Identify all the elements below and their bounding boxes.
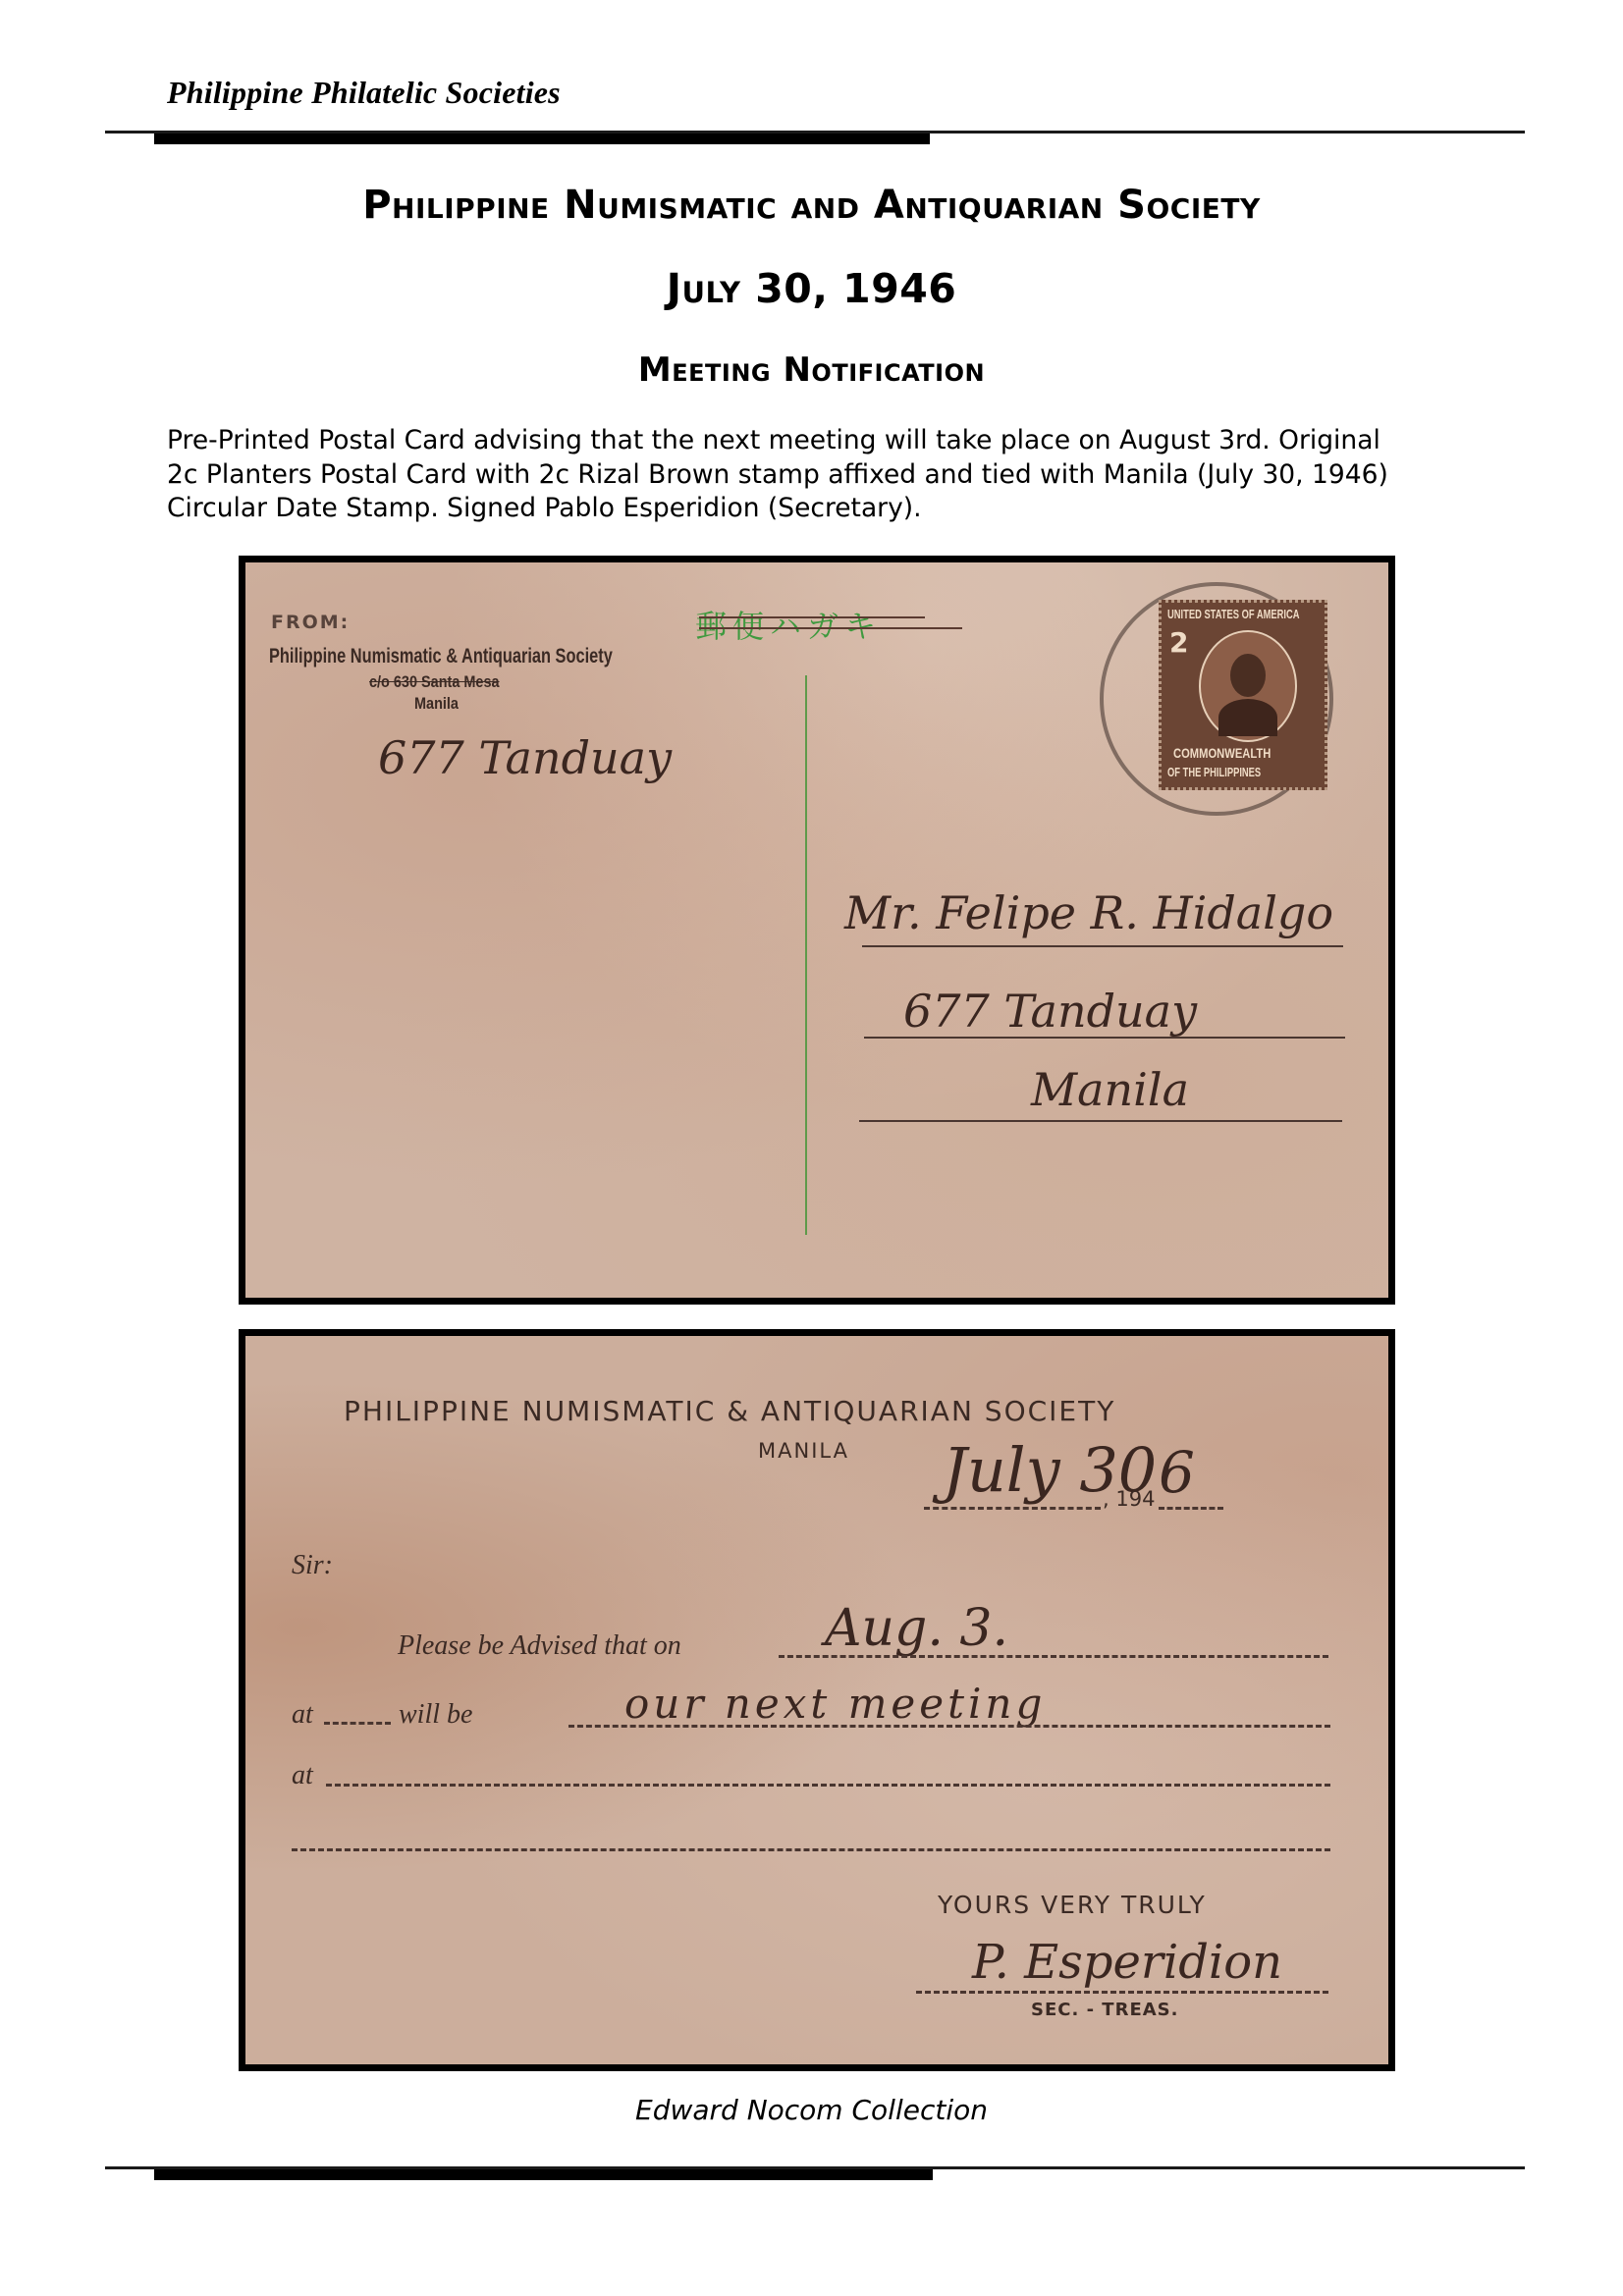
signature-title: SEC. - TREAS. (1031, 2000, 1178, 2020)
will-be-rule (568, 1725, 1330, 1728)
date-handwritten-suffix: 6 (1159, 1439, 1195, 1506)
description-line: Circular Date Stamp. Signed Pablo Esperi… (167, 492, 1542, 526)
address-rule (864, 1037, 1345, 1039)
addressee-line-3: Manila (1031, 1063, 1189, 1116)
address-rule (862, 945, 1343, 947)
strike-line (699, 616, 925, 618)
advised-label: Please be Advised that on (398, 1630, 681, 1662)
stamp-value: 2 (1169, 626, 1188, 659)
page-subtitle: Meeting Notification (0, 350, 1623, 390)
address-rule (859, 1120, 1342, 1122)
portrait-head (1230, 654, 1266, 697)
date-printed-prefix: , 194 (1103, 1487, 1155, 1511)
salutation: Sir: (292, 1550, 333, 1581)
addressee-line-1: Mr. Felipe R. Hidalgo (844, 886, 1333, 939)
date-rule (924, 1507, 1101, 1510)
rizal-stamp: UNITED STATES OF AMERICA 2 COMMONWEALTH … (1159, 600, 1327, 790)
stamp-bottom-text-2: OF THE PHILIPPINES (1167, 765, 1261, 779)
at-label-1: at (292, 1699, 313, 1731)
page-date: July 30, 1946 (0, 265, 1623, 312)
description-paragraph: Pre-Printed Postal Card advising that th… (167, 424, 1542, 526)
card-org-city: MANILA (758, 1439, 849, 1463)
advised-value: Aug. 3. (825, 1599, 1008, 1658)
stamp-top-text: UNITED STATES OF AMERICA (1167, 607, 1300, 621)
sender-handwritten-address: 677 Tanduay (378, 731, 672, 784)
description-line: 2c Planters Postal Card with 2c Rizal Br… (167, 458, 1542, 493)
footer-rule-thick (154, 2169, 933, 2180)
blank-rule (292, 1848, 1330, 1851)
card-org-name: PHILIPPINE NUMISMATIC & ANTIQUARIAN SOCI… (344, 1395, 1115, 1427)
rizal-portrait (1199, 630, 1297, 742)
page-title: Philippine Numismatic and Antiquarian So… (0, 183, 1623, 228)
closing-text: YOURS VERY TRULY (938, 1891, 1207, 1919)
at-rule-1 (324, 1722, 391, 1725)
signature-rule (916, 1991, 1328, 1994)
advised-rule (779, 1655, 1328, 1658)
portrait-shoulders (1218, 699, 1277, 736)
will-be-label: will be (399, 1699, 472, 1731)
postcard-back-image: PHILIPPINE NUMISMATIC & ANTIQUARIAN SOCI… (239, 1329, 1395, 2071)
postcard-front-image: FROM: Philippine Numismatic & Antiquaria… (239, 556, 1395, 1305)
running-header-title: Philippine Philatelic Societies (167, 75, 561, 111)
signature: P. Esperidion (972, 1935, 1282, 1990)
description-line: Pre-Printed Postal Card advising that th… (167, 424, 1542, 458)
stamp-bottom-text-1: COMMONWEALTH (1173, 745, 1271, 761)
sender-old-address: c/o 630 Santa Mesa (369, 672, 500, 692)
date-rule (1159, 1507, 1223, 1510)
addressee-line-2: 677 Tanduay (903, 985, 1197, 1038)
japanese-postcard-header: 郵便ハガキ (695, 602, 882, 647)
at-label-2: at (292, 1760, 313, 1791)
header-rule-thick (154, 133, 930, 144)
from-label: FROM: (271, 612, 350, 633)
sender-city: Manila (414, 694, 459, 714)
sender-name: Philippine Numismatic & Antiquarian Soci… (269, 645, 613, 668)
at-rule-2 (326, 1784, 1330, 1787)
will-be-value: our next meeting (624, 1680, 1046, 1728)
address-divider-line (805, 675, 807, 1235)
collection-caption: Edward Nocom Collection (0, 2094, 1623, 2126)
strike-line (699, 627, 962, 629)
